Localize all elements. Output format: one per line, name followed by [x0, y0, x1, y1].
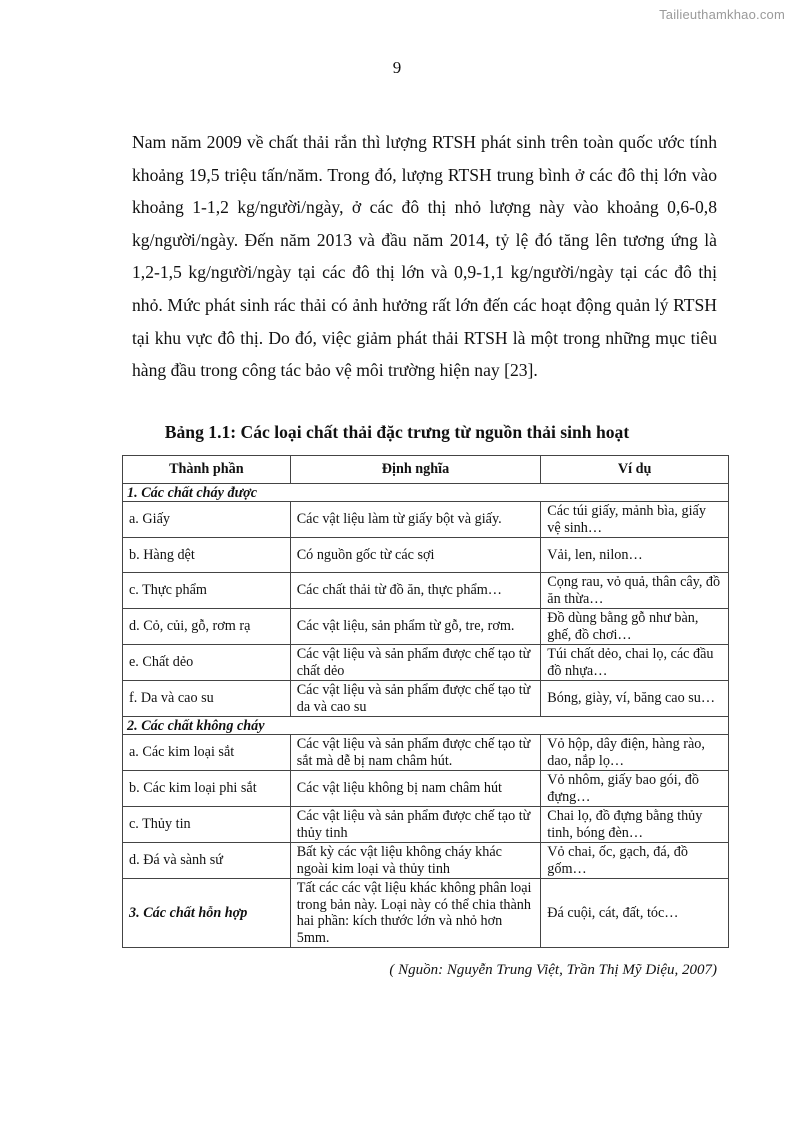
- table-row: f. Da và cao su Các vật liệu và sản phẩm…: [123, 681, 729, 717]
- table-row: b. Hàng dệt Có nguồn gốc từ các sợi Vải,…: [123, 538, 729, 573]
- header-definition: Định nghĩa: [290, 456, 541, 484]
- section-row-combustible: 1. Các chất cháy được: [123, 484, 729, 502]
- definition-cell: Bất kỳ các vật liệu không cháy khác ngoà…: [290, 843, 541, 879]
- paragraph-text: Nam năm 2009 về chất thải rắn thì lượng …: [132, 126, 717, 387]
- table-row: d. Đá và sành sứ Bất kỳ các vật liệu khô…: [123, 843, 729, 879]
- component-cell: d. Cỏ, củi, gỗ, rơm rạ: [123, 609, 291, 645]
- table-row: a. Giấy Các vật liệu làm từ giấy bột và …: [123, 502, 729, 538]
- example-cell: Vải, len, nilon…: [541, 538, 729, 573]
- table-row: c. Thủy tin Các vật liệu và sản phẩm đượ…: [123, 807, 729, 843]
- example-cell: Vỏ nhôm, giấy bao gói, đồ đựng…: [541, 771, 729, 807]
- section-row-noncombustible: 2. Các chất không cháy: [123, 717, 729, 735]
- component-cell: b. Hàng dệt: [123, 538, 291, 573]
- section-title: 2. Các chất không cháy: [123, 717, 729, 735]
- component-cell: e. Chất dẻo: [123, 645, 291, 681]
- header-component: Thành phần: [123, 456, 291, 484]
- component-cell: c. Thủy tin: [123, 807, 291, 843]
- header-example: Ví dụ: [541, 456, 729, 484]
- table-row: a. Các kim loại sắt Các vật liệu và sản …: [123, 735, 729, 771]
- example-cell: Cọng rau, vỏ quả, thân cây, đồ ăn thừa…: [541, 573, 729, 609]
- component-cell: d. Đá và sành sứ: [123, 843, 291, 879]
- definition-cell: Các vật liệu không bị nam châm hút: [290, 771, 541, 807]
- table-header-row: Thành phần Định nghĩa Ví dụ: [123, 456, 729, 484]
- definition-cell: Tất các các vật liệu khác không phân loạ…: [290, 879, 541, 948]
- component-cell: b. Các kim loại phi sắt: [123, 771, 291, 807]
- example-cell: Đồ dùng bằng gỗ như bàn, ghế, đồ chơi…: [541, 609, 729, 645]
- component-cell: c. Thực phẩm: [123, 573, 291, 609]
- definition-cell: Các chất thải từ đồ ăn, thực phẩm…: [290, 573, 541, 609]
- example-cell: Chai lọ, đồ đựng bằng thủy tinh, bóng đè…: [541, 807, 729, 843]
- watermark: Tailieuthamkhao.com: [659, 7, 785, 22]
- section-title: 1. Các chất cháy được: [123, 484, 729, 502]
- definition-cell: Các vật liệu và sản phẩm được chế tạo từ…: [290, 681, 541, 717]
- definition-cell: Các vật liệu và sản phẩm được chế tạo từ…: [290, 735, 541, 771]
- component-cell: f. Da và cao su: [123, 681, 291, 717]
- example-cell: Bóng, giày, ví, băng cao su…: [541, 681, 729, 717]
- table-row: c. Thực phẩm Các chất thải từ đồ ăn, thự…: [123, 573, 729, 609]
- definition-cell: Các vật liệu làm từ giấy bột và giấy.: [290, 502, 541, 538]
- component-cell: 3. Các chất hỗn hợp: [123, 879, 291, 948]
- example-cell: Vỏ chai, ốc, gạch, đá, đồ gốm…: [541, 843, 729, 879]
- component-cell: a. Giấy: [123, 502, 291, 538]
- example-cell: Túi chất dẻo, chai lọ, các đầu đồ nhựa…: [541, 645, 729, 681]
- table-row: b. Các kim loại phi sắt Các vật liệu khô…: [123, 771, 729, 807]
- definition-cell: Có nguồn gốc từ các sợi: [290, 538, 541, 573]
- example-cell: Các túi giấy, mảnh bìa, giấy vệ sinh…: [541, 502, 729, 538]
- table-caption: Bảng 1.1: Các loại chất thải đặc trưng t…: [0, 422, 794, 443]
- component-cell: a. Các kim loại sắt: [123, 735, 291, 771]
- waste-types-table: Thành phần Định nghĩa Ví dụ 1. Các chất …: [122, 455, 729, 948]
- table-row: d. Cỏ, củi, gỗ, rơm rạ Các vật liệu, sản…: [123, 609, 729, 645]
- table-row: e. Chất dẻo Các vật liệu và sản phẩm đượ…: [123, 645, 729, 681]
- definition-cell: Các vật liệu, sản phẩm từ gỗ, tre, rơm.: [290, 609, 541, 645]
- body-paragraph: Nam năm 2009 về chất thải rắn thì lượng …: [132, 126, 717, 387]
- example-cell: Vỏ hộp, dây điện, hàng rào, dao, nắp lọ…: [541, 735, 729, 771]
- definition-cell: Các vật liệu và sản phẩm được chế tạo từ…: [290, 807, 541, 843]
- definition-cell: Các vật liệu và sản phẩm được chế tạo từ…: [290, 645, 541, 681]
- example-cell: Đá cuội, cát, đất, tóc…: [541, 879, 729, 948]
- table-source: ( Nguồn: Nguyễn Trung Việt, Trần Thị Mỹ …: [389, 962, 717, 979]
- table-row-mixed: 3. Các chất hỗn hợp Tất các các vật liệu…: [123, 879, 729, 948]
- page-number: 9: [0, 58, 794, 78]
